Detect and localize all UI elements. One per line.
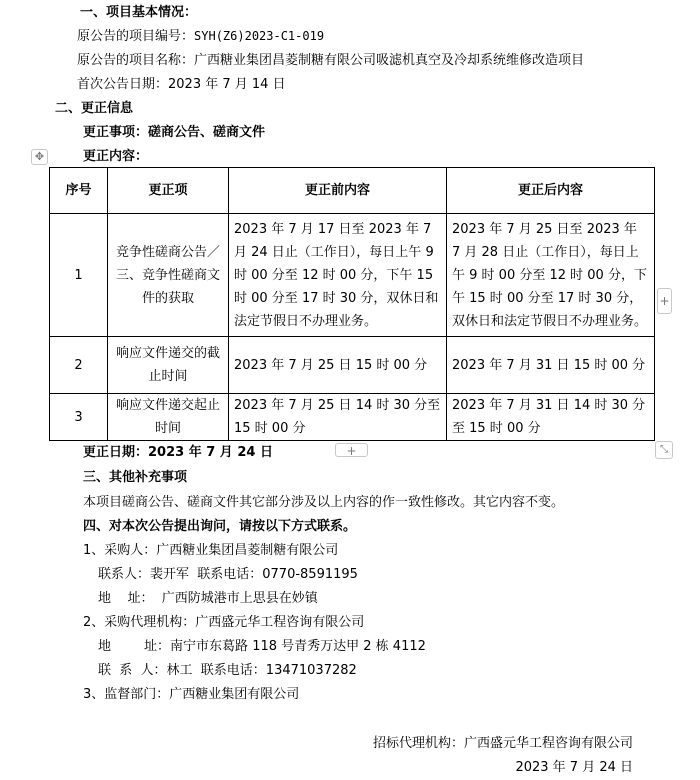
table-row: 3 响应文件递交起止时间 2023 年 7 月 25 日 14 时 30 分至 … <box>50 394 655 441</box>
section4-heading: 四、对本次公告提出询问，请按以下方式联系。 <box>83 518 356 536</box>
cell-no: 1 <box>50 214 108 337</box>
cell-after: 2023 年 7 月 31 日 14 时 30 分至 15 时 00 分 <box>447 394 655 441</box>
section1-heading: 一、项目基本情况： <box>80 4 197 22</box>
agency-address-line: 地 址：南宁市东葛路 118 号青秀万达甲 2 栋 4112 <box>98 638 426 656</box>
purchaser-contact-line: 联系人：裴开军 联系电话：0770-8591195 <box>98 566 358 584</box>
table-move-handle-icon[interactable]: ✥ <box>31 149 48 165</box>
project-name-label: 原公告的项目名称： <box>77 53 194 68</box>
header-before: 更正前内容 <box>229 168 447 214</box>
cell-after: 2023 年 7 月 31 日 15 时 00 分 <box>447 337 655 394</box>
correction-table: 序号 更正项 更正前内容 更正后内容 1 竞争性磋商公告／三、竞争性磋商文件的获… <box>49 167 655 441</box>
table-resize-handle-icon[interactable]: ⤡ <box>655 441 673 459</box>
cell-before: 2023 年 7 月 25 日 14 时 30 分至 15 时 00 分 <box>229 394 447 441</box>
cell-before: 2023 年 7 月 17 日至 2023 年 7 月 24 日止（工作日），每… <box>229 214 447 337</box>
table-row: 1 竞争性磋商公告／三、竞争性磋商文件的获取 2023 年 7 月 17 日至 … <box>50 214 655 337</box>
footer-agency: 招标代理机构：广西盛元华工程咨询有限公司 <box>373 735 633 753</box>
header-after: 更正后内容 <box>447 168 655 214</box>
first-date-label: 首次公告日期： <box>77 77 168 92</box>
cell-no: 3 <box>50 394 108 441</box>
project-name-line: 原公告的项目名称：广西糖业集团昌菱制糖有限公司吸滤机真空及冷却系统维修改造项目 <box>77 52 584 70</box>
header-no: 序号 <box>50 168 108 214</box>
first-date-line: 首次公告日期：2023 年 7 月 14 日 <box>77 76 286 94</box>
project-name-value: 广西糖业集团昌菱制糖有限公司吸滤机真空及冷却系统维修改造项目 <box>194 53 584 68</box>
cell-item: 响应文件递交起止时间 <box>108 394 229 441</box>
section2-heading: 二、更正信息 <box>55 100 133 118</box>
cell-item: 竞争性磋商公告／三、竞争性磋商文件的获取 <box>108 214 229 337</box>
correction-matter: 更正事项：磋商公告、磋商文件 <box>83 124 265 142</box>
correction-content-label: 更正内容： <box>83 148 148 166</box>
add-column-button[interactable]: + <box>657 288 672 314</box>
cell-after: 2023 年 7 月 25 日至 2023 年 7 月 28 日止（工作日），每… <box>447 214 655 337</box>
project-number-label: 原公告的项目编号： <box>77 29 194 44</box>
first-date-value: 2023 年 7 月 14 日 <box>168 77 286 92</box>
project-number-line: 原公告的项目编号：SYH(Z6)2023-C1-019 <box>77 27 324 46</box>
cell-no: 2 <box>50 337 108 394</box>
header-item: 更正项 <box>108 168 229 214</box>
cell-before: 2023 年 7 月 25 日 15 时 00 分 <box>229 337 447 394</box>
supervisor-line: 3、监督部门：广西糖业集团有限公司 <box>83 686 299 704</box>
purchaser-address-line: 地 址： 广西防城港市上思县在妙镇 <box>98 590 318 608</box>
add-row-button[interactable]: + <box>335 443 368 457</box>
agency-line: 2、采购代理机构：广西盛元华工程咨询有限公司 <box>83 614 364 632</box>
footer-date: 2023 年 7 月 24 日 <box>515 759 633 777</box>
agency-contact-line: 联 系 人：林工 联系电话：13471037282 <box>98 662 357 680</box>
cell-item: 响应文件递交的截止时间 <box>108 337 229 394</box>
section3-heading: 三、其他补充事项 <box>83 469 187 487</box>
table-header-row: 序号 更正项 更正前内容 更正后内容 <box>50 168 655 214</box>
purchaser-line: 1、采购人：广西糖业集团昌菱制糖有限公司 <box>83 542 338 560</box>
section3-text: 本项目磋商公告、磋商文件其它部分涉及以上内容的作一致性修改。其它内容不变。 <box>83 494 564 512</box>
project-number-value: SYH(Z6)2023-C1-019 <box>194 29 324 43</box>
correction-date: 更正日期：2023 年 7 月 24 日 <box>83 444 273 462</box>
table-row: 2 响应文件递交的截止时间 2023 年 7 月 25 日 15 时 00 分 … <box>50 337 655 394</box>
